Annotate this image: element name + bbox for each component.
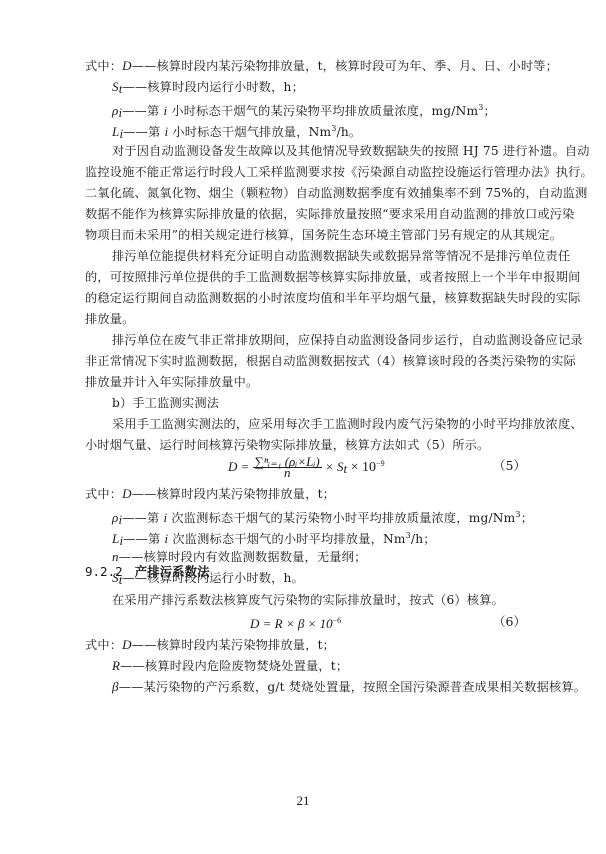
- var-definition: ——核算时段内危险废物焚烧处置量，t；: [120, 659, 348, 673]
- paragraph-4-line: 采用手工监测实测法的，应采用每次手工监测时段内废气污染物的小时平均排放浓度、: [112, 416, 525, 432]
- definition-lead: 式中：: [85, 487, 122, 501]
- var-definition: 次监测标态干烟气的某污染物小时平均排放质量浓度，mg/Nm: [167, 511, 515, 525]
- var-symbol: n: [112, 549, 119, 564]
- var-definition: ——第: [123, 532, 164, 546]
- formula-6: D = R × β × 10−6: [250, 612, 341, 634]
- formula-rhs: × 10: [347, 460, 376, 475]
- var-definition: ——核算时段内某污染物排放量，t；: [132, 638, 335, 652]
- definition-D-3: 式中：D——核算时段内某污染物排放量，t；: [85, 637, 525, 653]
- paragraph-4-line: 小时烟气量、运行时间核算污染物实际排放量，核算方法如式（5）所示。: [85, 437, 525, 453]
- equation-number-5: （5）: [493, 458, 526, 474]
- var-symbol: S: [112, 79, 119, 94]
- formula-body: D = R × β × 10: [250, 616, 333, 631]
- var-symbol: D: [122, 486, 132, 501]
- page-number: 21: [0, 793, 606, 809]
- punctuation: ；: [484, 104, 496, 118]
- formula-lhs: D =: [228, 459, 253, 474]
- var-definition: ——第: [122, 104, 163, 118]
- paragraph-3-line: 排放量并计入年实际排放量中。: [85, 374, 525, 390]
- var-symbol: D: [122, 58, 132, 73]
- definition-L-2: Li——第 i 次监测标态干烟气的小时平均排放量，Nm3/h；: [112, 528, 552, 549]
- formula-5: D = ∑ⁿᵢ₌₁ (ρᵢ×Lᵢ)n × St × 10−9: [228, 455, 385, 478]
- section-heading: 9.2.2产排污系数法: [85, 564, 210, 580]
- definition-n-2: n——核算时段内有效监测数据数量，无量纲；: [112, 549, 552, 565]
- paragraph-1-line: 二氧化硫、氮氧化物、烟尘（颗粒物）自动监测数据季度有效捕集率不到 75%的，自动…: [85, 185, 525, 201]
- var-symbol: β: [112, 679, 119, 694]
- var-definition: ——核算时段内有效监测数据数量，无量纲；: [119, 550, 367, 564]
- equation-number-6: （6）: [493, 614, 526, 630]
- fraction-denominator: n: [253, 468, 322, 478]
- formula-fraction: ∑ⁿᵢ₌₁ (ρᵢ×Lᵢ)n: [253, 457, 322, 478]
- punctuation: /h；: [411, 532, 436, 546]
- definition-L-1: Li——第 i 小时标态干烟气排放量，Nm3/h。: [112, 121, 552, 142]
- paragraph-1-line: 数据不能作为核算实际排放量的依据，实际排放量按照“要求采用自动监测的排放口或污染: [85, 206, 525, 222]
- formula-exponent: −6: [333, 616, 342, 625]
- var-definition: ——第: [123, 125, 164, 139]
- paragraph-1-line: 对于因自动监测设备发生故障以及其他情况导致数据缺失的按照 HJ 75 进行补遗。…: [112, 143, 525, 159]
- var-symbol: R: [112, 658, 120, 673]
- paragraph-3-line: 排污单位在废气非正常排放期间，应保持自动监测设备同步运行，自动监测设备应记录: [112, 332, 525, 348]
- paragraph-1-line: 监控设施不能正常运行时段人工采样监测要求按《污染源自动监控设施运行管理办法》执行…: [85, 164, 525, 180]
- var-symbol: D: [122, 637, 132, 652]
- definition-beta-3: β——某污染物的产污系数，g/t 焚烧处置量，按照全国污染源普查成果相关数据核算…: [112, 679, 552, 695]
- punctuation: ；: [521, 511, 533, 525]
- definition-rho-1: ρi——第 i 小时标态干烟气的某污染物平均排放质量浓度，mg/Nm3；: [112, 100, 552, 121]
- paragraph-5: 在采用产排污系数法核算废气污染物的实际排放量时，按式（6）核算。: [112, 592, 525, 608]
- document-page: 式中：D——核算时段内某污染物排放量，t，核算时段可为年、季、月、日、小时等； …: [0, 0, 606, 854]
- var-definition: 次监测标态干烟气的小时平均排放量，Nm: [168, 532, 405, 546]
- formula-exponent: −9: [376, 459, 385, 468]
- section-number: 9.2.2: [85, 564, 123, 579]
- var-definition: 小时标态干烟气的某污染物平均排放质量浓度，mg/Nm: [167, 104, 478, 118]
- paragraph-2-line: 排放量。: [85, 311, 525, 327]
- definition-R-3: R——核算时段内危险废物焚烧处置量，t；: [112, 658, 552, 674]
- paragraph-2-line: 的，可按照排污单位提供的手工监测数据等核算实际排放量，或者按照上一个半年申报期间: [85, 269, 525, 285]
- definition-lead: 式中：: [85, 59, 122, 73]
- subheading-manual-monitoring: b）手工监测实测法: [112, 395, 525, 411]
- var-definition: ——第: [122, 511, 163, 525]
- punctuation: /h。: [337, 125, 362, 139]
- paragraph-2-line: 的稳定运行期间自动监测数据的小时浓度均值和半年平均烟气量，核算数据缺失时段的实际: [85, 290, 525, 306]
- formula-rhs: × S: [322, 459, 344, 474]
- definition-D-2: 式中：D——核算时段内某污染物排放量，t；: [85, 486, 525, 502]
- var-definition: ——核算时段内某污染物排放量，t，核算时段可为年、季、月、日、小时等；: [132, 59, 558, 73]
- paragraph-1-line: 物项目而未采用”的相关规定进行核算，国务院生态环境主管部门另有规定的从其规定。: [85, 227, 525, 243]
- section-title: 产排污系数法: [135, 564, 210, 579]
- var-definition: ——某污染物的产污系数，g/t 焚烧处置量，按照全国污染源普查成果相关数据核算。: [119, 680, 586, 694]
- definition-St-1: St——核算时段内运行小时数，h；: [112, 79, 552, 97]
- definition-lead: 式中：: [85, 638, 122, 652]
- var-definition: ——核算时段内运行小时数，h；: [123, 80, 304, 94]
- var-definition: 小时标态干烟气排放量，Nm: [168, 125, 331, 139]
- paragraph-3-line: 非正常情况下实时监测数据，根据自动监测数据按式（4）核算该时段的各类污染物的实际: [85, 353, 525, 369]
- paragraph-2-line: 排污单位能提供材料充分证明自动监测数据缺失或数据异常等情况不是排污单位责任: [112, 248, 525, 264]
- var-definition: ——核算时段内某污染物排放量，t；: [132, 487, 335, 501]
- definition-rho-2: ρi——第 i 次监测标态干烟气的某污染物小时平均排放质量浓度，mg/Nm3；: [112, 507, 552, 528]
- definition-D-1: 式中：D——核算时段内某污染物排放量，t，核算时段可为年、季、月、日、小时等；: [85, 58, 525, 74]
